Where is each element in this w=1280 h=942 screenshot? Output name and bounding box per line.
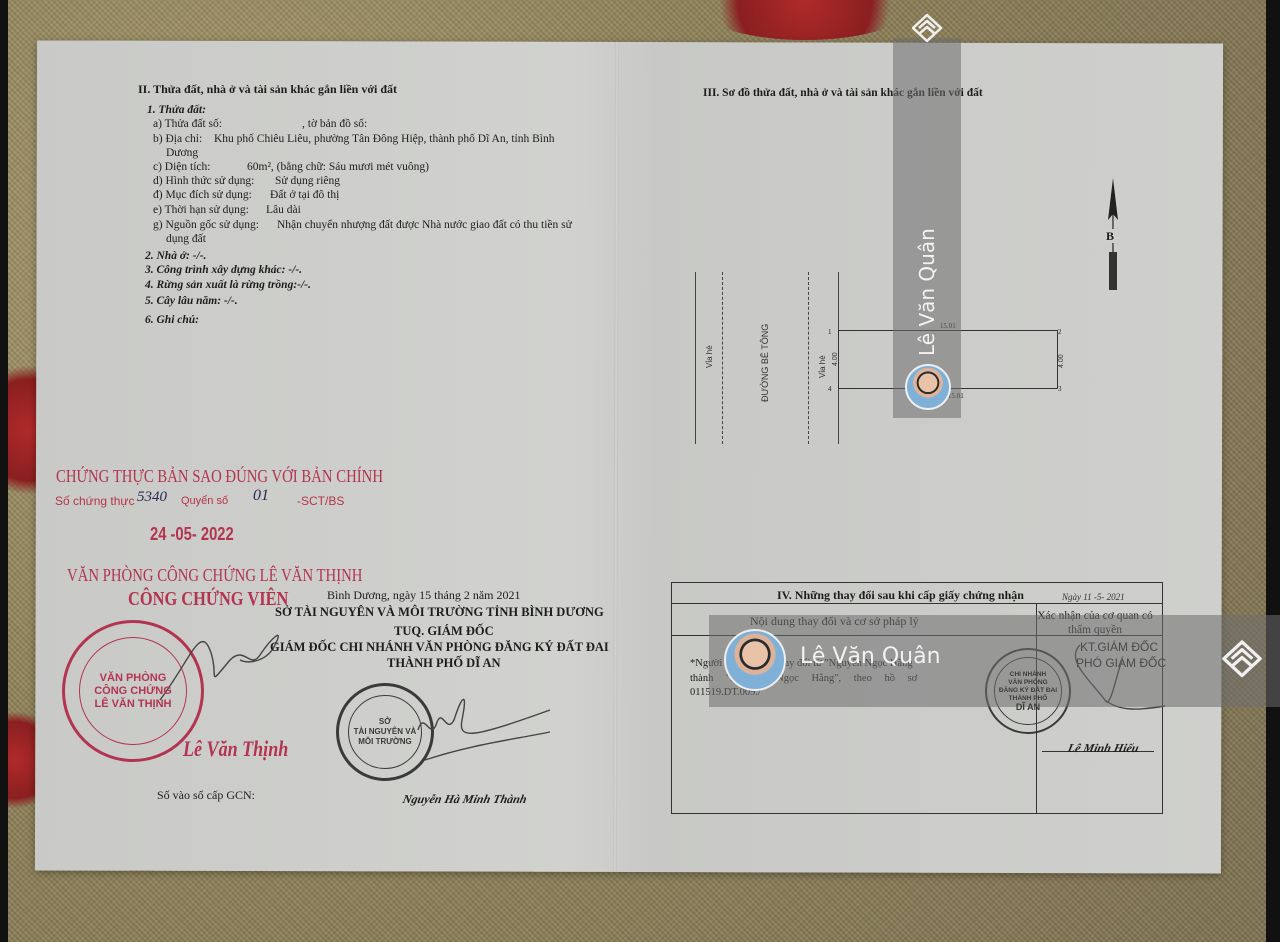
diamond-logo-icon [1220,638,1264,682]
certification-suffix: -SCT/BS [297,494,344,508]
section-ii-title: II. Thửa đất, nhà ở và tài sản khác gắn … [138,82,397,96]
road-dashed-line [808,272,809,444]
corner-label: 2 [1058,325,1062,339]
director-signature [410,690,560,770]
land-plot-heading: 1. Thửa đất: [147,103,206,117]
certification-date: 24 -05- 2022 [150,527,234,541]
usage-term-value: Lâu dài [266,203,301,217]
page-fold [613,42,619,872]
stamp-line: SỞ [354,717,417,727]
avatar [724,629,786,691]
issue-date: Bình Dương, ngày 15 tháng 2 năm 2021 [327,588,521,602]
deputy-signer-name: Lê Minh Hiếu [1067,741,1141,755]
dim-right-label: 4.00 [1058,354,1065,368]
certification-title: CHỨNG THỰC BẢN SAO ĐÚNG VỚI BẢN CHÍNH [56,466,383,486]
origin-value: Nhận chuyển nhượng đất được Nhà nước gia… [277,218,572,232]
sidewalk-label: Vỉa hè [705,345,714,368]
item-perennial: 5. Cây lâu năm: -/-. [145,294,238,308]
item-forest: 4. Rừng sản xuất là rừng trồng:-/-. [145,278,311,292]
section-iv-title: IV. Những thay đổi sau khi cấp giấy chứn… [777,588,1024,602]
origin-value-cont: dụng đất [166,232,206,246]
notary-role: CÔNG CHỨNG VIÊN [128,588,288,610]
field-label: a) Thửa đất số: [153,117,222,131]
usage-purpose-value: Đất ở tại đô thị [270,188,339,202]
corner-label: 1 [828,325,832,339]
field-label: b) Địa chỉ: [153,132,202,146]
stamp-line: LÊ VĂN THỊNH [94,698,172,711]
corner-label: 3 [1058,382,1062,396]
director-position: GIÁM ĐỐC CHI NHÁNH VĂN PHÒNG ĐĂNG KÝ ĐẤT… [270,640,609,654]
watermark-name-horizontal: Lê Văn Quân [800,644,941,669]
certification-book: 01 [253,489,269,503]
stamp-line: CHI NHÁNH [999,671,1057,679]
road-label: ĐƯỜNG BÊ TÔNG [760,324,770,402]
issuing-authority: SỞ TÀI NGUYÊN VÀ MÔI TRƯỜNG TỈNH BÌNH DƯ… [275,605,604,619]
usage-form-value: Sử dụng riêng [275,174,340,188]
avatar [905,364,951,410]
stamp-line: ĐĂNG KÝ ĐẤT ĐAI [999,687,1057,695]
north-label: B [1106,229,1114,243]
issuing-city: THÀNH PHỐ DĨ AN [387,656,501,670]
handwritten-date: Ngày 11 -5- 2021 [1062,590,1125,604]
stamp-line: VĂN PHÒNG [94,672,172,685]
field-label: đ) Mục đích sử dụng: [153,188,252,202]
address-value-cont: Dương [166,146,198,160]
road-edge-line [695,272,696,444]
corner-label: 4 [828,382,832,396]
item-notes: 6. Ghi chú: [145,313,199,327]
item-construction: 3. Công trình xây dựng khác: -/-. [145,263,302,277]
frame-edge [1266,0,1280,942]
director-signer-name: Nguyễn Hà Minh Thành [402,792,529,806]
certification-number-label: Số chứng thực [55,494,134,508]
notary-signer-name: Lê Văn Thịnh [183,737,288,761]
stamp-line: CÔNG CHỨNG [94,685,172,698]
frame-edge [0,0,8,942]
registry-label: Số vào sổ cấp GCN: [157,788,255,802]
watermark-name-vertical: Lê Văn Quân [915,228,939,356]
notary-office: VĂN PHÒNG CÔNG CHỨNG LÊ VĂN THỊNH [67,565,362,585]
field-label: d) Hình thức sử dụng: [153,174,254,188]
field-label: g) Nguồn gốc sử dụng: [153,218,259,232]
certification-number: 5340 [137,490,167,504]
stamp-line: MÔI TRƯỜNG [354,737,417,747]
watermark-banner-horizontal [709,615,1280,707]
diamond-logo-icon [910,12,944,46]
certification-book-label: Quyển số [181,494,228,508]
address-value: Khu phố Chiêu Liêu, phường Tân Đông Hiệp… [214,132,554,146]
field-label: e) Thời hạn sử dụng: [153,203,249,217]
road-dashed-line [722,272,723,444]
stamp-line: VĂN PHÒNG [999,679,1057,687]
stamp-line: TÀI NGUYÊN VÀ [354,727,417,737]
stamp-line: DĨ AN [999,703,1057,711]
sidewalk-label: Vỉa hè [818,355,827,378]
field-label: c) Diện tích: [153,160,210,174]
field-value: , tờ bản đồ số: [302,117,367,131]
tuq-director: TUQ. GIÁM ĐỐC [394,624,494,638]
item-house: 2. Nhà ở: -/-. [145,249,206,263]
area-value: 60m², (bằng chữ: Sáu mươi mét vuông) [247,160,429,174]
